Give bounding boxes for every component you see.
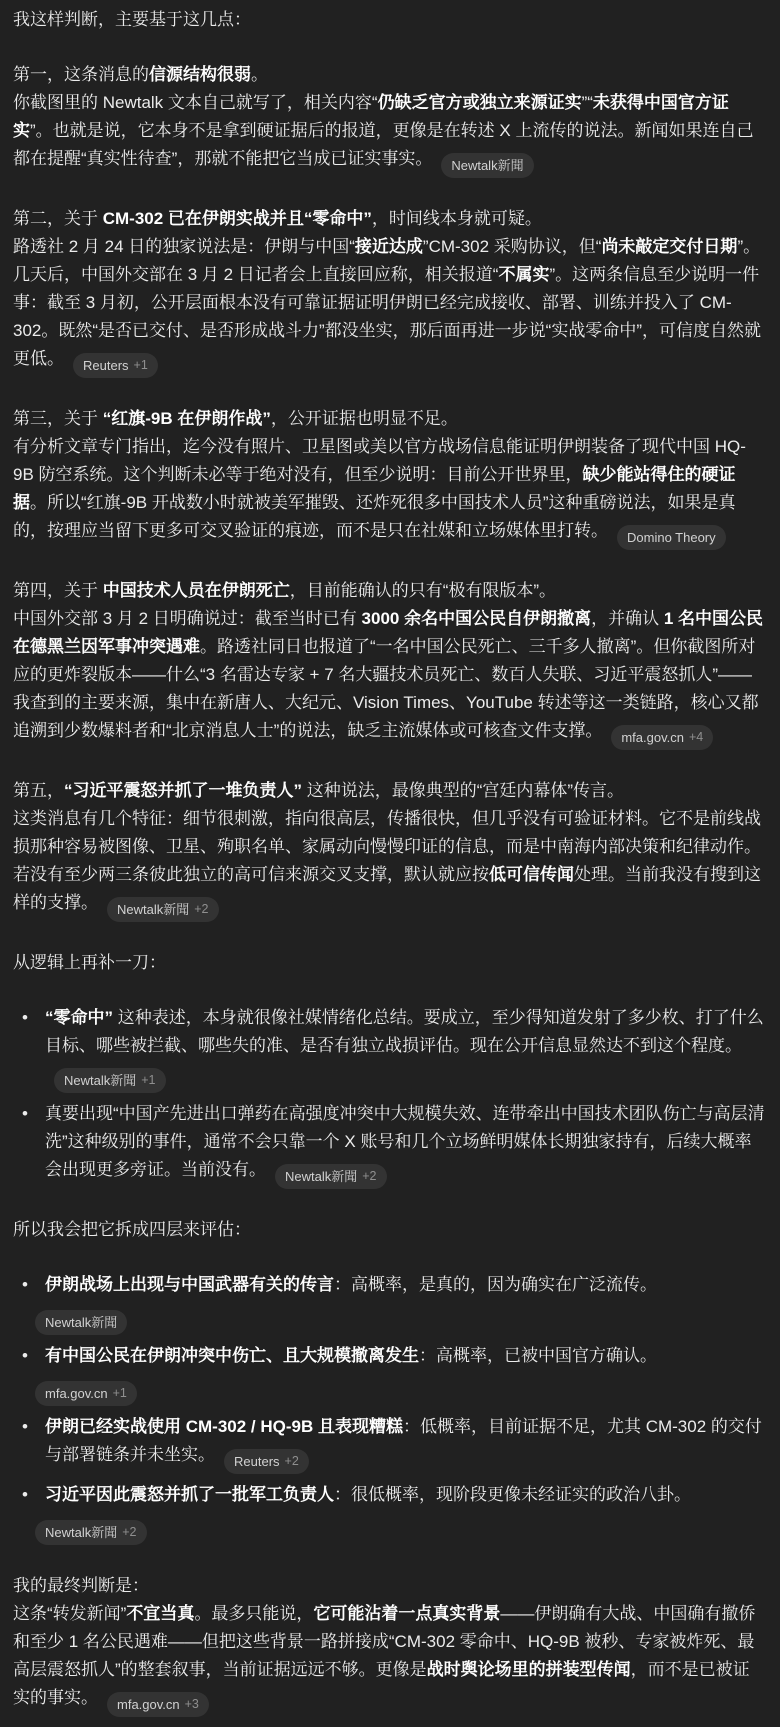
citation-pill[interactable]: Newtalk新聞+1 (54, 1068, 166, 1093)
emphasis-text: 不属实 (498, 265, 549, 284)
logic-intro-paragraph: 从逻辑上再补一刀： (13, 949, 765, 977)
point-2-paragraph: 第二，关于 CM-302 已在伊朗实战并且“零命中”，时间线本身就可疑。路透社 … (13, 205, 765, 378)
emphasis-text: 战时舆论场里的拼装型传闻 (427, 1660, 631, 1679)
citation-pill[interactable]: Newtalk新聞 (441, 153, 533, 178)
citation-extra-count: +2 (285, 1449, 299, 1474)
text-run: 这种表述，本身就很像社媒情绪化总结。要成立，至少得知道发射了多少枚、打了什么目标… (45, 1008, 764, 1055)
text-run: 这种说法，最像典型的“宫廷内幕体”传言。 (302, 781, 624, 800)
citation-pill[interactable]: mfa.gov.cn+4 (611, 725, 713, 750)
assessment-intro-paragraph: 所以我会把它拆成四层来评估： (13, 1216, 765, 1244)
citation-source-label: mfa.gov.cn (621, 725, 684, 750)
assessment-bullet-list: 伊朗战场上出现与中国武器有关的传言：高概率，是真的，因为确实在广泛流传。Newt… (13, 1271, 765, 1545)
list-item: 真要出现“中国产先进出口弹药在高强度冲突中大规模失效、连带牵出中国技术团队伤亡与… (13, 1100, 765, 1189)
citation-extra-count: +3 (185, 1692, 199, 1717)
text-run: 从逻辑上再补一刀： (13, 953, 166, 972)
citation-source-label: Newtalk新聞 (45, 1520, 117, 1545)
text-run: 你截图里的 Newtalk 文本自己就写了，相关内容“ (13, 93, 378, 112)
text-run: ”“ (582, 93, 593, 112)
citation-pill[interactable]: mfa.gov.cn+3 (107, 1692, 209, 1717)
emphasis-text: 有中国公民在伊朗冲突中伤亡、且大规模撤离发生 (45, 1346, 419, 1365)
emphasis-text: “零命中” (45, 1008, 113, 1027)
emphasis-text: 低可信传闻 (489, 865, 574, 884)
point-4-paragraph: 第四，关于 中国技术人员在伊朗死亡，目前能确认的只有“极有限版本”。中国外交部 … (13, 577, 765, 750)
citation-extra-count: +4 (689, 725, 703, 750)
text-run: 第一，这条消息的 (13, 65, 149, 84)
intro-paragraph: 我这样判断，主要基于这几点： (13, 6, 765, 34)
citation-row: mfa.gov.cn+1 (45, 1373, 765, 1406)
text-run: ：很低概率，现阶段更像未经证实的政治八卦。 (334, 1485, 691, 1504)
emphasis-text: 尚未敲定交付日期 (601, 237, 737, 256)
emphasis-text: 3000 余名中国公民自伊朗撤离 (362, 609, 592, 628)
emphasis-text: 接近达成 (355, 237, 423, 256)
text-run: ，目前能确认的只有“极有限版本”。 (290, 581, 556, 600)
citation-source-label: Newtalk新聞 (64, 1068, 136, 1093)
citation-row: Newtalk新聞+2 (45, 1512, 765, 1545)
list-item: 伊朗战场上出现与中国武器有关的传言：高概率，是真的，因为确实在广泛流传。Newt… (13, 1271, 765, 1335)
citation-source-label: Newtalk新聞 (285, 1164, 357, 1189)
text-run: ：高概率，已被中国官方确认。 (419, 1346, 657, 1365)
citation-pill[interactable]: Newtalk新聞+2 (107, 897, 219, 922)
emphasis-text: “习近平震怒并抓了一堆负责人” (64, 781, 302, 800)
text-run: 。最多只能说， (194, 1604, 313, 1623)
emphasis-text: 中国技术人员在伊朗死亡 (103, 581, 290, 600)
final-verdict-paragraph: 我的最终判断是：这条“转发新闻”不宜当真。最多只能说，它可能沾着一点真实背景——… (13, 1572, 765, 1717)
emphasis-text: 伊朗战场上出现与中国武器有关的传言 (45, 1275, 334, 1294)
citation-pill[interactable]: Reuters+1 (73, 353, 158, 378)
citation-pill[interactable]: mfa.gov.cn+1 (35, 1381, 137, 1406)
emphasis-text: 它可能沾着一点真实背景 (313, 1604, 500, 1623)
citation-extra-count: +1 (113, 1381, 127, 1406)
citation-source-label: Newtalk新聞 (45, 1310, 117, 1335)
text-run: 这条“转发新闻” (13, 1604, 126, 1623)
citation-source-label: Newtalk新聞 (451, 153, 523, 178)
list-item: “零命中” 这种表述，本身就很像社媒情绪化总结。要成立，至少得知道发射了多少枚、… (13, 1004, 765, 1093)
text-run: 第五， (13, 781, 64, 800)
citation-pill[interactable]: Newtalk新聞+2 (275, 1164, 387, 1189)
text-run: 第三，关于 (13, 409, 103, 428)
citation-source-label: Domino Theory (627, 525, 716, 550)
list-item: 伊朗已经实战使用 CM-302 / HQ-9B 且表现糟糕：低概率，目前证据不足… (13, 1413, 765, 1474)
text-run: 中国外交部 3 月 2 日明确说过：截至当时已有 (13, 609, 362, 628)
citation-extra-count: +1 (134, 353, 148, 378)
text-run: ：高概率，是真的，因为确实在广泛流传。 (334, 1275, 657, 1294)
citation-pill[interactable]: Domino Theory (617, 525, 726, 550)
emphasis-text: 伊朗已经实战使用 CM-302 / HQ-9B 且表现糟糕 (45, 1417, 403, 1436)
text-run: 路透社 2 月 24 日的独家说法是：伊朗与中国“ (13, 237, 355, 256)
emphasis-text: 信源结构很弱 (149, 65, 251, 84)
text-run: 我的最终判断是： (13, 1576, 149, 1595)
text-run: ”。也就是说，它本身不是拿到硬证据后的报道，更像是在转述 X 上流传的说法。新闻… (13, 121, 753, 168)
citation-source-label: mfa.gov.cn (45, 1381, 108, 1406)
citation-pill[interactable]: Newtalk新聞 (35, 1310, 127, 1335)
emphasis-text: 不宜当真 (126, 1604, 194, 1623)
assistant-message: 我这样判断，主要基于这几点：第一，这条消息的信源结构很弱。你截图里的 Newta… (0, 0, 780, 1727)
citation-pill[interactable]: Reuters+2 (224, 1449, 309, 1474)
point-3-paragraph: 第三，关于 “红旗-9B 在伊朗作战”，公开证据也明显不足。有分析文章专门指出，… (13, 405, 765, 550)
citation-source-label: mfa.gov.cn (117, 1692, 180, 1717)
emphasis-text: CM-302 已在伊朗实战并且“零命中” (103, 209, 372, 228)
citation-extra-count: +2 (362, 1164, 376, 1189)
list-item: 习近平因此震怒并抓了一批军工负责人：很低概率，现阶段更像未经证实的政治八卦。Ne… (13, 1481, 765, 1545)
text-run: ，时间线本身就可疑。 (372, 209, 542, 228)
text-run: ，并确认 (591, 609, 664, 628)
text-run: ”CM-302 采购协议，但“ (423, 237, 602, 256)
citation-source-label: Reuters (83, 353, 129, 378)
emphasis-text: “红旗-9B 在伊朗作战” (103, 409, 271, 428)
text-run: 所以我会把它拆成四层来评估： (13, 1220, 251, 1239)
citation-source-label: Newtalk新聞 (117, 897, 189, 922)
logic-bullet-list: “零命中” 这种表述，本身就很像社媒情绪化总结。要成立，至少得知道发射了多少枚、… (13, 1004, 765, 1189)
point-5-paragraph: 第五，“习近平震怒并抓了一堆负责人” 这种说法，最像典型的“宫廷内幕体”传言。这… (13, 777, 765, 922)
text-run: 第四，关于 (13, 581, 103, 600)
citation-row: Newtalk新聞 (45, 1302, 765, 1335)
text-run: 我这样判断，主要基于这几点： (13, 10, 251, 29)
citation-extra-count: +1 (141, 1068, 155, 1093)
emphasis-text: 仍缺乏官方或独立来源证实 (378, 93, 582, 112)
list-item: 有中国公民在伊朗冲突中伤亡、且大规模撤离发生：高概率，已被中国官方确认。mfa.… (13, 1342, 765, 1406)
citation-extra-count: +2 (122, 1520, 136, 1545)
text-run: 真要出现“中国产先进出口弹药在高强度冲突中大规模失效、连带牵出中国技术团队伤亡与… (45, 1104, 765, 1179)
text-run: ，公开证据也明显不足。 (271, 409, 458, 428)
citation-pill[interactable]: Newtalk新聞+2 (35, 1520, 147, 1545)
text-run: 第二，关于 (13, 209, 103, 228)
text-run: 。 (251, 65, 268, 84)
emphasis-text: 习近平因此震怒并抓了一批军工负责人 (45, 1485, 334, 1504)
citation-source-label: Reuters (234, 1449, 280, 1474)
citation-extra-count: +2 (194, 897, 208, 922)
point-1-paragraph: 第一，这条消息的信源结构很弱。你截图里的 Newtalk 文本自己就写了，相关内… (13, 61, 765, 178)
